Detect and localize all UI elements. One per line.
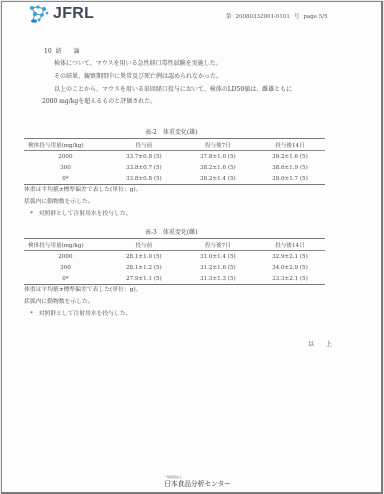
table-cell: 39.0±1.7 (5) (255, 173, 325, 185)
molecule-logo-icon (28, 4, 50, 24)
table-cell: 33.7±0.8 (5) (107, 151, 181, 163)
section-title-a: 結 (56, 48, 62, 55)
column-header: 投与後14日 (255, 239, 325, 251)
table-row: 0* 33.8±0.8 (5) 38.2±1.4 (5) 39.0±1.7 (5… (24, 173, 325, 185)
table-row: 2000 28.1±1.0 (5) 31.0±1.4 (5) 32.9±2.1 … (24, 251, 325, 263)
table-cell: 0* (24, 173, 107, 185)
column-header: 投与後14日 (255, 139, 325, 151)
table2-title: 表-2 体重変化(雄) (145, 127, 198, 136)
footer-organization: 一般財団法人 日本食品分析センター (164, 475, 231, 489)
table-cell: 32.9±2.1 (5) (255, 251, 325, 263)
column-header: 投与前 (107, 139, 181, 151)
column-header: 投与後7日 (181, 139, 255, 151)
table-cell: 38.6±1.9 (5) (255, 162, 325, 173)
table-row: 300 28.1±1.2 (5) 31.2±1.6 (5) 34.0±2.9 (… (24, 262, 325, 273)
paragraph-4: 2000 mg/kgを超えるものと評価された。 (42, 96, 156, 105)
table-cell: 37.8±1.0 (5) (181, 151, 255, 163)
table-header-row: 検体投与用量(mg/kg) 投与前 投与後7日 投与後14日 (24, 139, 325, 151)
table-cell: 2000 (24, 251, 107, 263)
table-header-row: 検体投与用量(mg/kg) 投与前 投与後7日 投与後14日 (24, 239, 325, 251)
closing-char-2: 上 (326, 341, 332, 348)
table-cell: 38.2±1.6 (5) (181, 162, 255, 173)
document-number: 第20080332001-0101号page 5/5 (226, 12, 332, 20)
column-header: 検体投与用量(mg/kg) (24, 139, 107, 151)
closing-char-1: 以 (308, 341, 314, 348)
table-cell: 28.1±1.0 (5) (107, 251, 181, 263)
footer-org-name: 日本食品分析センター (164, 479, 231, 489)
doc-number: 20080332001-0101 (236, 14, 290, 20)
table2-note-2: 括弧内に動物数を示した。 (24, 196, 94, 205)
table-cell: 0* (24, 273, 107, 285)
table3-note-3: * 対照群として注射用水を投与した。 (30, 308, 131, 317)
document-page: JFRL 第20080332001-0101号page 5/5 10結論 検体に… (1, 1, 383, 494)
table-cell: 38.2±1.4 (5) (181, 173, 255, 185)
paragraph-3: 以上のことから、マウスを用いる単回経口投与において、検体のLD50値は、雌雄とも… (54, 84, 292, 93)
table-cell: 33.8±0.7 (5) (107, 162, 181, 173)
doc-suffix: 号 (294, 14, 300, 20)
table-cell: 34.0±2.9 (5) (255, 262, 325, 273)
table3-title: 表-3 体重変化(雌) (145, 227, 198, 236)
table-cell: 300 (24, 162, 107, 173)
table-cell: 31.0±1.4 (5) (181, 251, 255, 263)
closing-mark: 以上 (308, 339, 344, 348)
section-number: 10 (44, 48, 52, 55)
table3-note-1: 体重は平均値±標準偏差で表した(単位：g)。 (24, 284, 141, 293)
column-header: 投与前 (107, 239, 181, 251)
table2-note-3: * 対照群として注射用水を投与した。 (30, 208, 131, 217)
column-header: 投与後7日 (181, 239, 255, 251)
table-cell: 28.1±1.2 (5) (107, 262, 181, 273)
table2-body-weight-male: 検体投与用量(mg/kg) 投与前 投与後7日 投与後14日 2000 33.7… (24, 138, 325, 185)
table2-note-1: 体重は平均値±標準偏差で表した(単位：g)。 (24, 184, 141, 193)
jfrl-logo: JFRL (28, 4, 94, 24)
logo-text: JFRL (53, 5, 94, 23)
table-row: 300 33.8±0.7 (5) 38.2±1.6 (5) 38.6±1.9 (… (24, 162, 325, 173)
table3-note-2: 括弧内に動物数を示した。 (24, 296, 94, 305)
table-cell: 33.8±0.8 (5) (107, 173, 181, 185)
page-number: page 5/5 (303, 14, 327, 20)
table3-body-weight-female: 検体投与用量(mg/kg) 投与前 投与後7日 投与後14日 2000 28.1… (24, 238, 325, 285)
table-cell: 33.3±2.1 (5) (255, 273, 325, 285)
table-row: 2000 33.7±0.8 (5) 37.8±1.0 (5) 39.2±1.6 … (24, 151, 325, 163)
paragraph-1: 検体について、マウスを用いる急性経口毒性試験を実施した。 (54, 58, 222, 67)
table-cell: 31.3±1.3 (5) (181, 273, 255, 285)
table-cell: 31.2±1.6 (5) (181, 262, 255, 273)
table-cell: 300 (24, 262, 107, 273)
table-row: 0* 27.9±1.1 (5) 31.3±1.3 (5) 33.3±2.1 (5… (24, 273, 325, 285)
table-cell: 39.2±1.6 (5) (255, 151, 325, 163)
table-cell: 27.9±1.1 (5) (107, 273, 181, 285)
section-heading: 10結論 (44, 46, 80, 55)
paragraph-2: その結果、観察期間中に異常及び死亡例は認められなかった。 (54, 71, 222, 80)
section-title-b: 論 (74, 48, 80, 55)
doc-prefix: 第 (226, 14, 232, 20)
table-cell: 2000 (24, 151, 107, 163)
column-header: 検体投与用量(mg/kg) (24, 239, 107, 251)
